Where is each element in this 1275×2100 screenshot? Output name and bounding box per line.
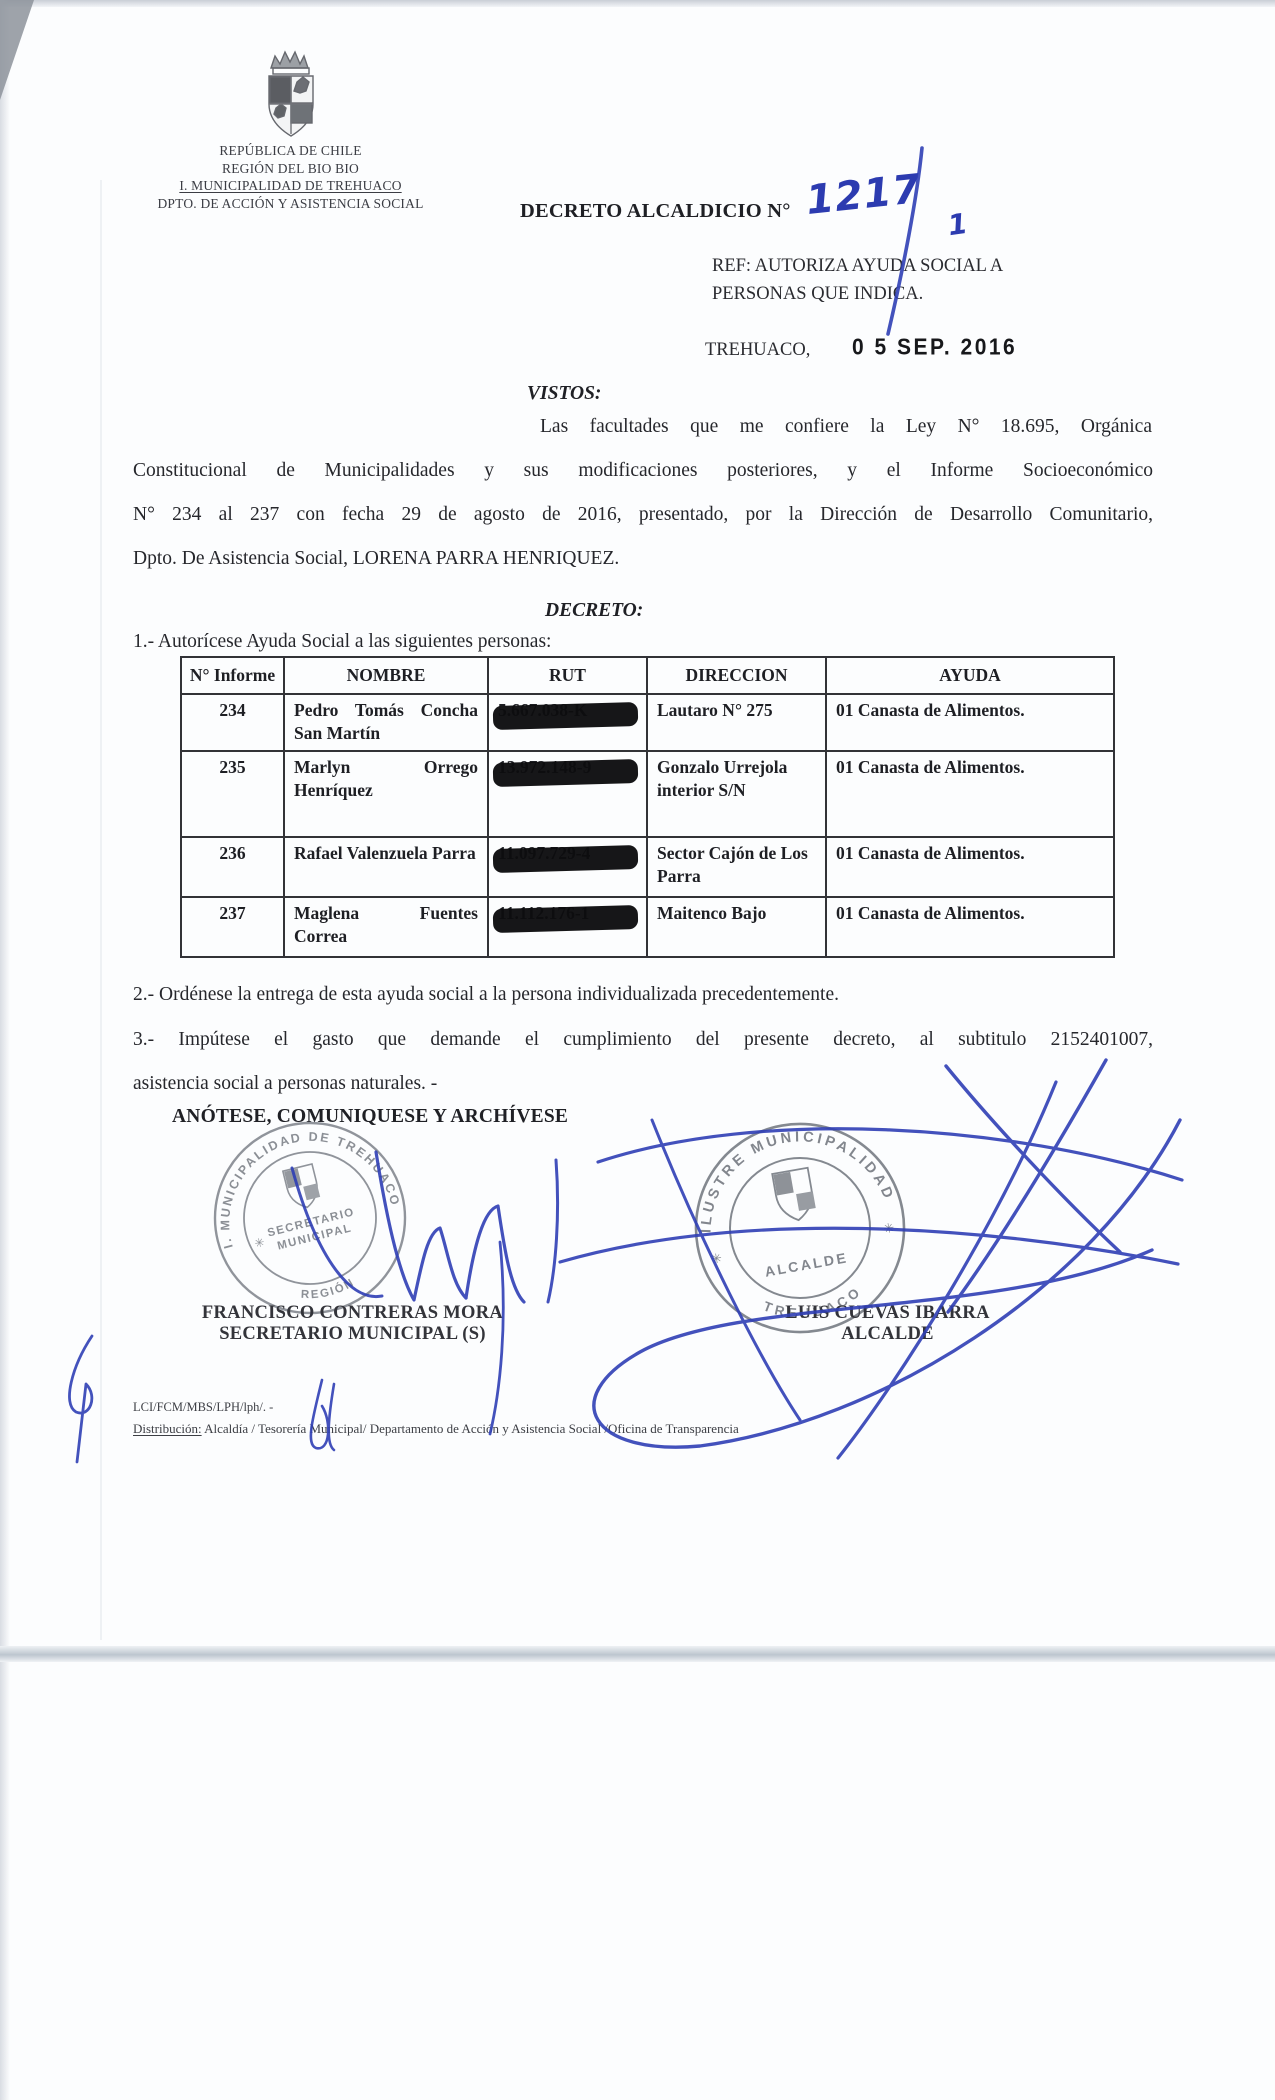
place-label: TREHUACO, bbox=[705, 340, 810, 361]
stamp-arc-text: I. MUNICIPALIDAD DE TREHUACO bbox=[198, 1110, 402, 1250]
cell-direccion: Gonzalo Urrejola interior S/N bbox=[647, 751, 826, 837]
cell-direccion: Lautaro N° 275 bbox=[647, 694, 826, 752]
cell-ayuda: 01 Canasta de Alimentos. bbox=[826, 837, 1114, 897]
scan-corner-shadow bbox=[0, 0, 34, 100]
cell-direccion: Maitenco Bajo bbox=[647, 897, 826, 957]
stamp-inner-line-1: SECRETARIO bbox=[266, 1206, 356, 1239]
cell-nombre: Pedro Tomás Concha San Martín bbox=[284, 694, 488, 752]
col-header-direccion: DIRECCION bbox=[647, 657, 826, 694]
stamp-arc-bottom-text: REGIÓN bbox=[298, 1276, 359, 1306]
table-row: 236 Rafael Valenzuela Parra 11.097.729-4… bbox=[181, 837, 1114, 897]
svg-text:REGIÓN: REGIÓN bbox=[298, 1276, 359, 1306]
table-row: 237 Maglena Fuentes Correa 11.112.176-1 … bbox=[181, 897, 1114, 957]
coat-of-arms-icon bbox=[243, 46, 338, 146]
footer-initials: LCI/FCM/MBS/LPH/lph/. - bbox=[133, 1400, 273, 1415]
stamp-star: ✳ bbox=[882, 1220, 895, 1237]
vistos-line-4: Dpto. De Asistencia Social, LORENA PARRA… bbox=[133, 548, 619, 570]
decreto-heading: DECRETO: bbox=[545, 600, 643, 622]
cell-rut-redacted: 13.972.148-9 bbox=[488, 751, 647, 837]
left-signatory: FRANCISCO CONTRERAS MORA SECRETARIO MUNI… bbox=[165, 1303, 540, 1345]
left-signatory-name: FRANCISCO CONTRERAS MORA bbox=[165, 1303, 540, 1324]
vistos-line-1: Las facultades que me confiere la Ley N°… bbox=[540, 416, 1152, 438]
redaction-bar bbox=[493, 905, 639, 933]
left-signatory-title: SECRETARIO MUNICIPAL (S) bbox=[165, 1324, 540, 1345]
stamp-center-text: ALCALDE bbox=[763, 1249, 849, 1279]
right-signatory-title: ALCALDE bbox=[700, 1324, 1075, 1345]
letterhead-region: REGIÓN DEL BIO BIO bbox=[118, 160, 463, 178]
cell-informe: 237 bbox=[181, 897, 284, 957]
stamp-star: ✳ bbox=[710, 1250, 723, 1267]
vistos-line-3: N° 234 al 237 con fecha 29 de agosto de … bbox=[133, 504, 1153, 526]
paper-crease bbox=[100, 180, 102, 1640]
date-stamp: 0 5 SEP. 2016 bbox=[852, 335, 1017, 361]
secretario-stamp: I. MUNICIPALIDAD DE TREHUACO REGIÓN ✳ SE… bbox=[195, 1103, 425, 1333]
cell-nombre: Maglena Fuentes Correa bbox=[284, 897, 488, 957]
ref-line-1: REF: AUTORIZA AYUDA SOCIAL A bbox=[712, 252, 1072, 280]
decreto-item-3-line-2: asistencia social a personas naturales. … bbox=[133, 1073, 437, 1095]
cell-informe: 235 bbox=[181, 751, 284, 837]
letterhead-department: DPTO. DE ACCIÓN Y ASISTENCIA SOCIAL bbox=[118, 195, 463, 213]
scan-left-edge bbox=[0, 0, 10, 2100]
table-header-row: N° Informe NOMBRE RUT DIRECCION AYUDA bbox=[181, 657, 1114, 694]
footer-distribution: Distribución: Alcaldía / Tesorería Munic… bbox=[133, 1421, 739, 1437]
reference-block: REF: AUTORIZA AYUDA SOCIAL A PERSONAS QU… bbox=[712, 252, 1072, 308]
decreto-item-2: 2.- Ordénese la entrega de esta ayuda so… bbox=[133, 984, 839, 1006]
cell-direccion: Sector Cajón de Los Parra bbox=[647, 837, 826, 897]
redaction-bar bbox=[493, 845, 639, 873]
distribution-text: Alcaldía / Tesorería Municipal/ Departam… bbox=[202, 1421, 739, 1436]
letterhead-country: REPÚBLICA DE CHILE bbox=[118, 142, 463, 160]
scan-top-edge bbox=[0, 0, 1275, 7]
scanned-decree-document: REPÚBLICA DE CHILE REGIÓN DEL BIO BIO I.… bbox=[0, 0, 1275, 2100]
cell-ayuda: 01 Canasta de Alimentos. bbox=[826, 897, 1114, 957]
table-row: 234 Pedro Tomás Concha San Martín 5.667.… bbox=[181, 694, 1114, 752]
cell-informe: 234 bbox=[181, 694, 284, 752]
vistos-heading: VISTOS: bbox=[527, 383, 601, 405]
redaction-bar bbox=[493, 702, 639, 730]
decree-title: DECRETO ALCALDICIO N° bbox=[520, 200, 791, 223]
cell-rut-redacted: 11.112.176-1 bbox=[488, 897, 647, 957]
stamp-arc-text: ILUSTRE MUNICIPALIDAD bbox=[684, 1113, 898, 1236]
letterhead-municipality: I. MUNICIPALIDAD DE TREHUACO bbox=[118, 177, 463, 195]
stamp-inner-line-2: MUNICIPAL bbox=[276, 1222, 353, 1252]
handwritten-decree-number: 1217 bbox=[804, 166, 924, 224]
decreto-item-3-line-1: 3.- Impútese el gasto que demande el cum… bbox=[133, 1029, 1153, 1051]
col-header-nombre: NOMBRE bbox=[284, 657, 488, 694]
col-header-informe: N° Informe bbox=[181, 657, 284, 694]
cell-nombre: Rafael Valenzuela Parra bbox=[284, 837, 488, 897]
cell-informe: 236 bbox=[181, 837, 284, 897]
decreto-item-1: 1.- Autorícese Ayuda Social a las siguie… bbox=[133, 631, 551, 653]
cell-nombre: Marlyn Orrego Henríquez bbox=[284, 751, 488, 837]
svg-text:ILUSTRE MUNICIPALIDAD: ILUSTRE MUNICIPALIDAD bbox=[684, 1113, 898, 1236]
paper-fold-line bbox=[0, 1646, 1275, 1662]
beneficiaries-table: N° Informe NOMBRE RUT DIRECCION AYUDA 23… bbox=[180, 656, 1115, 958]
right-signatory: LUIS CUEVAS IBARRA ALCALDE bbox=[700, 1303, 1075, 1345]
handwritten-decree-number-suffix: 1 bbox=[946, 207, 970, 242]
col-header-rut: RUT bbox=[488, 657, 647, 694]
table-row: 235 Marlyn Orrego Henríquez 13.972.148-9… bbox=[181, 751, 1114, 837]
cell-ayuda: 01 Canasta de Alimentos. bbox=[826, 694, 1114, 752]
svg-text:I. MUNICIPALIDAD DE TREHUACO: I. MUNICIPALIDAD DE TREHUACO bbox=[198, 1110, 402, 1250]
col-header-ayuda: AYUDA bbox=[826, 657, 1114, 694]
right-signatory-name: LUIS CUEVAS IBARRA bbox=[700, 1303, 1075, 1324]
distribution-label: Distribución: bbox=[133, 1421, 202, 1436]
vistos-line-2: Constitucional de Municipalidades y sus … bbox=[133, 460, 1153, 482]
stamp-star: ✳ bbox=[253, 1235, 266, 1251]
letterhead: REPÚBLICA DE CHILE REGIÓN DEL BIO BIO I.… bbox=[118, 142, 463, 212]
redaction-bar bbox=[493, 759, 639, 787]
closing-formula: ANÓTESE, COMUNIQUESE Y ARCHÍVESE bbox=[172, 1106, 568, 1128]
cell-rut-redacted: 11.097.729-4 bbox=[488, 837, 647, 897]
ref-line-2: PERSONAS QUE INDICA. bbox=[712, 280, 1072, 308]
cell-rut-redacted: 5.667.038-K bbox=[488, 694, 647, 752]
cell-ayuda: 01 Canasta de Alimentos. bbox=[826, 751, 1114, 837]
